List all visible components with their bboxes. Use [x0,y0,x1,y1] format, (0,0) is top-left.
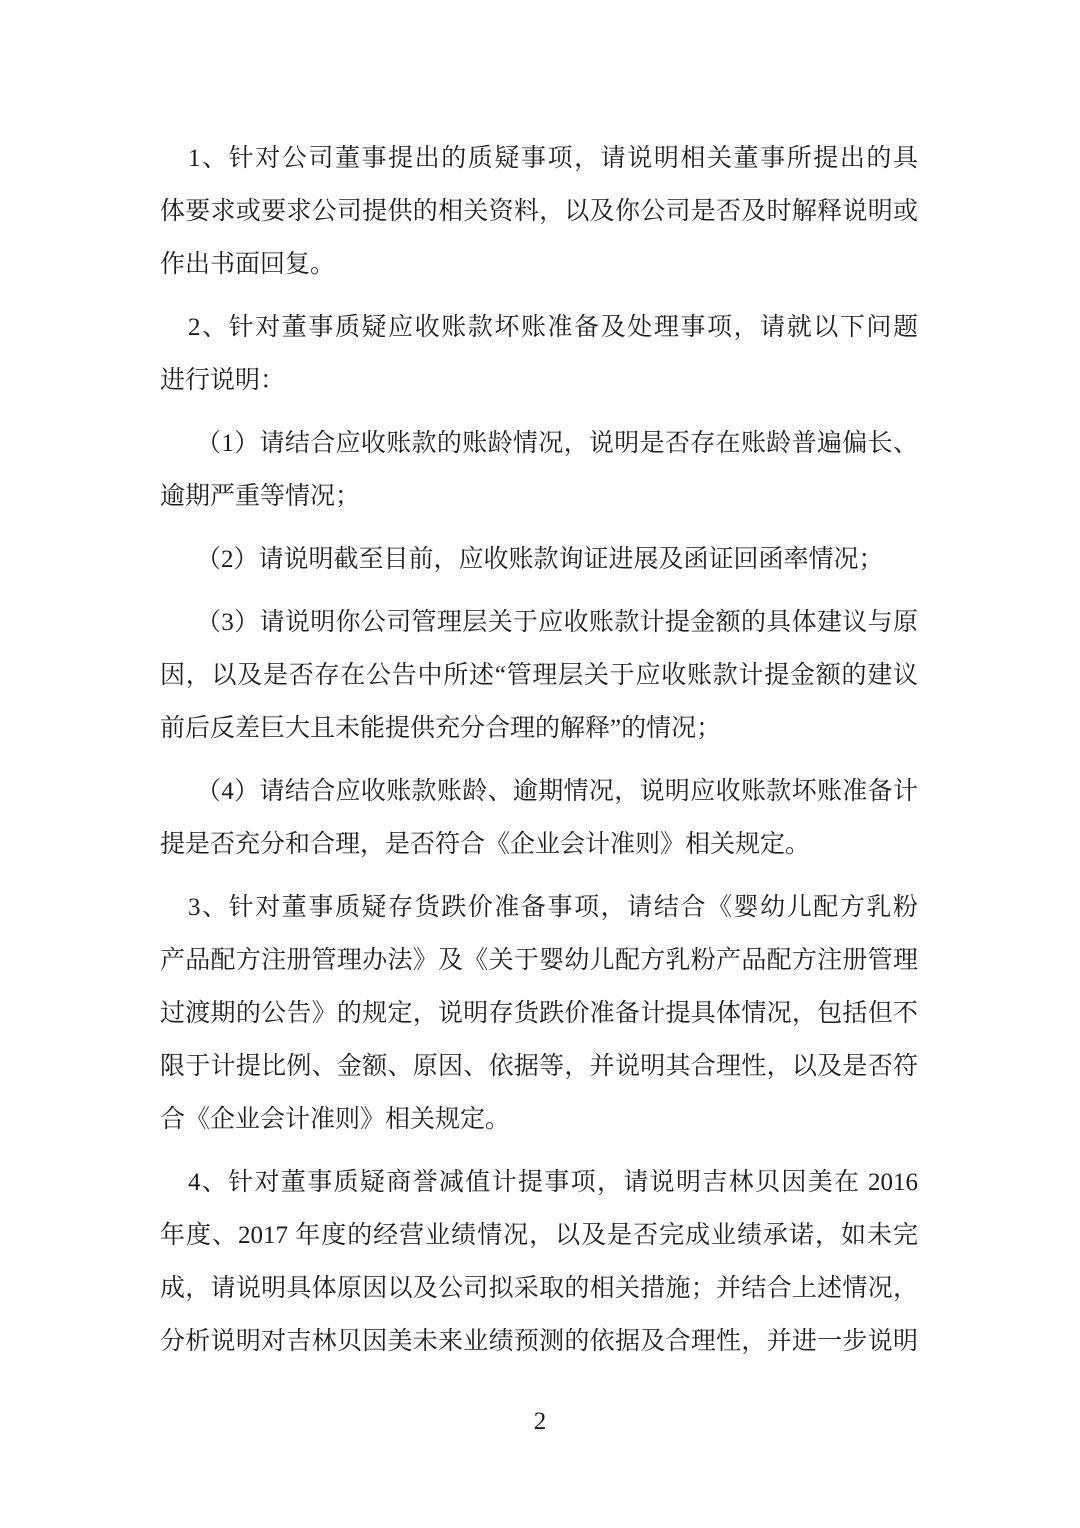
text-line: 年度、2017 年度的经营业绩情况，以及是否完成业绩承诺，如未完 [160,1209,918,1262]
paragraph-item-2-2: （2）请说明截至目前，应收账款询证进展及函证回函率情况； [160,533,918,586]
paragraph-item-4: 4、针对董事质疑商誉减值计提事项，请说明吉林贝因美在 2016 年度、2017 … [160,1156,918,1368]
text-line: （3）请说明你公司管理层关于应收账款计提金额的具体建议与原 [160,596,918,649]
text-line: （4）请结合应收账款账龄、逾期情况，说明应收账款坏账准备计 [160,765,918,818]
text-line: 进行说明： [160,354,918,407]
text-line: 作出书面回复。 [160,238,918,291]
text-line: 分析说明对吉林贝因美未来业绩预测的依据及合理性，并进一步说明 [160,1315,918,1368]
text-line: 过渡期的公告》的规定，说明存货跌价准备计提具体情况，包括但不 [160,987,918,1040]
paragraph-item-2-3: （3）请说明你公司管理层关于应收账款计提金额的具体建议与原 因，以及是否存在公告… [160,596,918,755]
document-page: 1、针对公司董事提出的质疑事项，请说明相关董事所提出的具 体要求或要求公司提供的… [0,0,1080,1528]
paragraph-item-3: 3、针对董事质疑存货跌价准备事项，请结合《婴幼儿配方乳粉 产品配方注册管理办法》… [160,881,918,1146]
text-line: （2）请说明截至目前，应收账款询证进展及函证回函率情况； [160,533,918,586]
paragraph-item-2-1: （1）请结合应收账款的账龄情况，说明是否存在账龄普遍偏长、 逾期严重等情况； [160,417,918,523]
document-body: 1、针对公司董事提出的质疑事项，请说明相关董事所提出的具 体要求或要求公司提供的… [160,132,918,1378]
text-line: （1）请结合应收账款的账龄情况，说明是否存在账龄普遍偏长、 [160,417,918,470]
text-line: 逾期严重等情况； [160,470,918,523]
text-line: 因，以及是否存在公告中所述“管理层关于应收账款计提金额的建议 [160,649,918,702]
text-line: 2、针对董事质疑应收账款坏账准备及处理事项，请就以下问题 [160,301,918,354]
page-number: 2 [0,1408,1080,1436]
text-line: 限于计提比例、金额、原因、依据等，并说明其合理性，以及是否符 [160,1040,918,1093]
text-line: 体要求或要求公司提供的相关资料，以及你公司是否及时解释说明或 [160,185,918,238]
text-line: 3、针对董事质疑存货跌价准备事项，请结合《婴幼儿配方乳粉 [160,881,918,934]
text-line: 产品配方注册管理办法》及《关于婴幼儿配方乳粉产品配方注册管理 [160,934,918,987]
text-line: 前后反差巨大且未能提供充分合理的解释”的情况； [160,702,918,755]
text-line: 合《企业会计准则》相关规定。 [160,1093,918,1146]
text-line: 4、针对董事质疑商誉减值计提事项，请说明吉林贝因美在 2016 [160,1156,918,1209]
paragraph-item-2: 2、针对董事质疑应收账款坏账准备及处理事项，请就以下问题 进行说明： [160,301,918,407]
paragraph-item-2-4: （4）请结合应收账款账龄、逾期情况，说明应收账款坏账准备计 提是否充分和合理，是… [160,765,918,871]
text-line: 提是否充分和合理，是否符合《企业会计准则》相关规定。 [160,818,918,871]
paragraph-item-1: 1、针对公司董事提出的质疑事项，请说明相关董事所提出的具 体要求或要求公司提供的… [160,132,918,291]
text-line: 1、针对公司董事提出的质疑事项，请说明相关董事所提出的具 [160,132,918,185]
text-line: 成，请说明具体原因以及公司拟采取的相关措施；并结合上述情况， [160,1262,918,1315]
